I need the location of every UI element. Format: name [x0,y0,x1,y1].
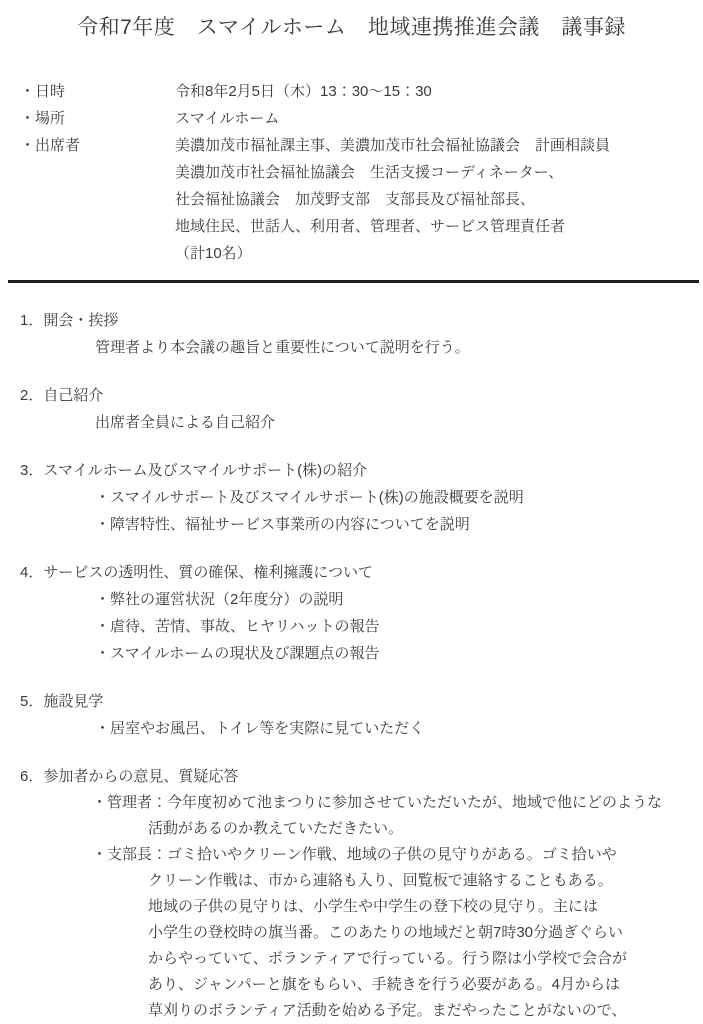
meta-row: ・日時 令和8年2月5日（木）13：30〜15：30 [0,78,703,105]
meta-text-line: 美濃加茂市福祉課主事、美濃加茂市社会福祉協議会 計画相談員 [175,132,703,159]
text-line: からやっていて、ボランティアで行っている。行う際は小学校で会合が [0,946,703,972]
agenda-section: 5．施設見学 ・居室やお風呂、トイレ等を実際に見ていただく [0,688,703,742]
meta-text-line: 地域住民、世話人、利用者、管理者、サービス管理責任者 [175,213,703,240]
agenda-section: 1．開会・挨拶 管理者より本会議の趣旨と重要性について説明を行う。 [0,307,703,361]
meta-value: スマイルホーム [175,105,703,132]
section-item-bullet: ・虐待、苦情、事故、ヒヤリハットの報告 [0,613,703,640]
meta-label: ・場所 [0,105,175,132]
text-line: ・スマイルサポート及びスマイルサポート(株)の施設概要を説明 [0,484,703,511]
section-items: ・居室やお風呂、トイレ等を実際に見ていただく [0,715,703,742]
meta-value: 令和8年2月5日（木）13：30〜15：30 [175,78,703,105]
document-title: 令和7年度 スマイルホーム 地域連携推進会議 議事録 [0,13,703,43]
text-line: 活動があるのか教えていただきたい。 [0,816,703,842]
text-line: 小学生の登校時の旗当番。このあたりの地域だと朝7時30分過ぎぐらい [0,920,703,946]
text-line: 管理者より本会議の趣旨と重要性について説明を行う。 [0,334,703,361]
agenda-section: 2．自己紹介 出席者全員による自己紹介 [0,382,703,436]
section-heading: 4．サービスの透明性、質の確保、権利擁護について [0,559,703,586]
meta-block: ・日時 令和8年2月5日（木）13：30〜15：30 ・場所 スマイルホーム ・… [0,78,703,267]
section-item-speaker: ・管理者：今年度初めて池まつりに参加させていただいたが、地域で他にどのような活動… [0,790,703,842]
section-heading: 1．開会・挨拶 [0,307,703,334]
section-heading: 2．自己紹介 [0,382,703,409]
section-heading: 6．参加者からの意見、質疑応答 [0,763,703,790]
text-line: ・居室やお風呂、トイレ等を実際に見ていただく [0,715,703,742]
section-items: ・スマイルサポート及びスマイルサポート(株)の施設概要を説明・障害特性、福祉サー… [0,484,703,538]
text-line: ・虐待、苦情、事故、ヒヤリハットの報告 [0,613,703,640]
text-line: ・支部長：ゴミ拾いやクリーン作戦、地域の子供の見守りがある。ゴミ拾いや [0,842,703,868]
section-item-bullet: ・障害特性、福祉サービス事業所の内容についてを説明 [0,511,703,538]
section-item-bullet: ・居室やお風呂、トイレ等を実際に見ていただく [0,715,703,742]
meta-value: 美濃加茂市福祉課主事、美濃加茂市社会福祉協議会 計画相談員美濃加茂市社会福祉協議… [175,132,703,267]
document-page: 令和7年度 スマイルホーム 地域連携推進会議 議事録 ・日時 令和8年2月5日（… [0,0,703,1024]
meta-text-line: スマイルホーム [175,105,703,132]
meta-label: ・出席者 [0,132,175,267]
section-item-plain: 出席者全員による自己紹介 [0,409,703,436]
section-item-bullet: ・弊社の運営状況（2年度分）の説明 [0,586,703,613]
text-line: ・管理者：今年度初めて池まつりに参加させていただいたが、地域で他にどのような [0,790,703,816]
agenda-section: 3．スマイルホーム及びスマイルサポート(株)の紹介 ・スマイルサポート及びスマイ… [0,457,703,538]
section-items: ・弊社の運営状況（2年度分）の説明・虐待、苦情、事故、ヒヤリハットの報告・スマイ… [0,586,703,667]
meta-text-line: 令和8年2月5日（木）13：30〜15：30 [175,78,703,105]
meta-label: ・日時 [0,78,175,105]
text-line: ・障害特性、福祉サービス事業所の内容についてを説明 [0,511,703,538]
text-line: ・スマイルホームの現状及び課題点の報告 [0,640,703,667]
section-item-speaker: ・支部長：ゴミ拾いやクリーン作戦、地域の子供の見守りがある。ゴミ拾いやクリーン作… [0,842,703,1024]
text-line: 出席者全員による自己紹介 [0,409,703,436]
section-items: ・管理者：今年度初めて池まつりに参加させていただいたが、地域で他にどのような活動… [0,790,703,1024]
agenda-sections: 1．開会・挨拶 管理者より本会議の趣旨と重要性について説明を行う。 2．自己紹介… [0,307,703,1024]
section-item-bullet: ・スマイルサポート及びスマイルサポート(株)の施設概要を説明 [0,484,703,511]
meta-row: ・出席者 美濃加茂市福祉課主事、美濃加茂市社会福祉協議会 計画相談員美濃加茂市社… [0,132,703,267]
section-item-plain: 管理者より本会議の趣旨と重要性について説明を行う。 [0,334,703,361]
meta-text-line: （計10名） [175,240,703,267]
separator-rule [8,280,699,283]
text-line: あり、ジャンパーと旗をもらい、手続きを行う必要がある。4月からは [0,972,703,998]
section-items: 出席者全員による自己紹介 [0,409,703,436]
section-heading: 3．スマイルホーム及びスマイルサポート(株)の紹介 [0,457,703,484]
text-line: クリーン作戦は、市から連絡も入り、回覧板で連絡することもある。 [0,868,703,894]
section-items: 管理者より本会議の趣旨と重要性について説明を行う。 [0,334,703,361]
section-heading: 5．施設見学 [0,688,703,715]
text-line: 草刈りのボランティア活動を始める予定。まだやったことがないので、 [0,998,703,1024]
text-line: ・弊社の運営状況（2年度分）の説明 [0,586,703,613]
text-line: 地域の子供の見守りは、小学生や中学生の登下校の見守り。主には [0,894,703,920]
meta-row: ・場所 スマイルホーム [0,105,703,132]
agenda-section: 6．参加者からの意見、質疑応答 ・管理者：今年度初めて池まつりに参加させていただ… [0,763,703,1024]
meta-text-line: 社会福祉協議会 加茂野支部 支部長及び福祉部長、 [175,186,703,213]
agenda-section: 4．サービスの透明性、質の確保、権利擁護について ・弊社の運営状況（2年度分）の… [0,559,703,667]
section-item-bullet: ・スマイルホームの現状及び課題点の報告 [0,640,703,667]
meta-text-line: 美濃加茂市社会福祉協議会 生活支援コーディネーター、 [175,159,703,186]
